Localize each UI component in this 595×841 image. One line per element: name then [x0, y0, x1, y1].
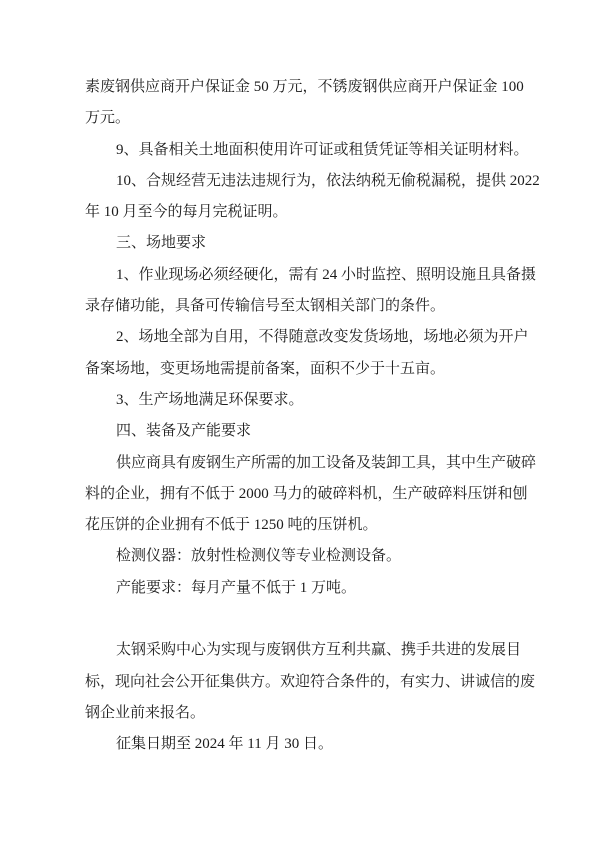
text-line: 产能要求：每月产量不低于 1 万吨。 [85, 573, 510, 604]
blank-line [85, 604, 510, 635]
text-line: 3、生产场地满足环保要求。 [85, 385, 510, 416]
text-line: 供应商具有废钢生产所需的加工设备及装卸工具，其中生产破碎 [85, 448, 510, 479]
text-line: 录存储功能，具备可传输信号至太钢相关部门的条件。 [85, 291, 510, 322]
text-line: 钢企业前来报名。 [85, 698, 510, 729]
text-line: 万元。 [85, 103, 510, 134]
document-page: 素废钢供应商开户保证金 50 万元，不锈废钢供应商开户保证金 100万元。9、具… [0, 0, 595, 841]
text-line: 检测仪器：放射性检测仪等专业检测设备。 [85, 541, 510, 572]
text-line: 征集日期至 2024 年 11 月 30 日。 [85, 729, 510, 760]
text-line: 太钢采购中心为实现与废钢供方互利共赢、携手共进的发展目 [85, 635, 510, 666]
text-line: 标，现向社会公开征集供方。欢迎符合条件的，有实力、讲诚信的废 [85, 667, 510, 698]
text-line: 花压饼的企业拥有不低于 1250 吨的压饼机。 [85, 510, 510, 541]
text-line: 四、装备及产能要求 [85, 416, 510, 447]
text-line: 素废钢供应商开户保证金 50 万元，不锈废钢供应商开户保证金 100 [85, 72, 510, 103]
text-line: 年 10 月至今的每月完税证明。 [85, 197, 510, 228]
text-line: 2、场地全部为自用，不得随意改变发货场地，场地必须为开户 [85, 322, 510, 353]
text-line: 备案场地，变更场地需提前备案，面积不少于十五亩。 [85, 354, 510, 385]
text-line: 1、作业现场必须经硬化，需有 24 小时监控、照明设施且具备摄 [85, 260, 510, 291]
text-line: 10、合规经营无违法违规行为，依法纳税无偷税漏税，提供 2022 [85, 166, 510, 197]
text-line: 9、具备相关土地面积使用许可证或租赁凭证等相关证明材料。 [85, 135, 510, 166]
text-line: 料的企业，拥有不低于 2000 马力的破碎料机，生产破碎料压饼和刨 [85, 479, 510, 510]
text-line: 三、场地要求 [85, 228, 510, 259]
document-body: 素废钢供应商开户保证金 50 万元，不锈废钢供应商开户保证金 100万元。9、具… [85, 72, 510, 761]
